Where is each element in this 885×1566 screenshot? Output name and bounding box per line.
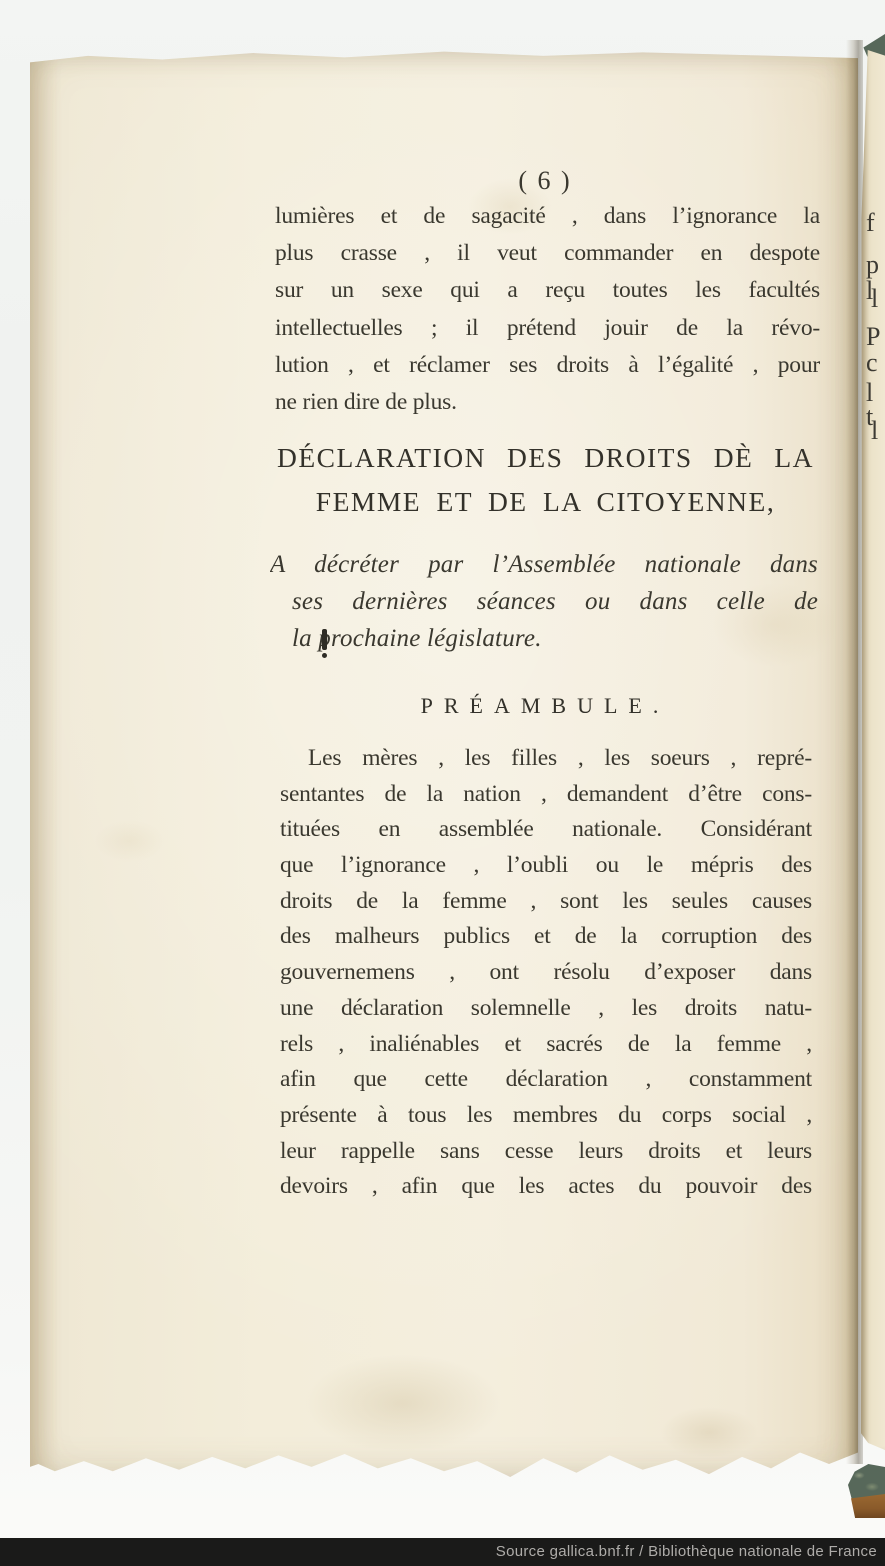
edge-letter: l: [871, 284, 878, 314]
text-line: des malheurs publics et de la corruption…: [280, 923, 812, 959]
heading-line-1: DÉCLARATION DES DROITS DÈ LA: [277, 442, 814, 486]
text-line: plus crasse , il veut commander en despo…: [275, 240, 820, 277]
text-line: leur rappelle sans cesse leurs droits et…: [280, 1138, 812, 1174]
decree-line: ses dernières séances ou dans celle de: [270, 588, 818, 625]
decree-line: A décréter par l’Assemblée nationale dan…: [270, 551, 818, 588]
text-line: devoirs , afin que les actes du pouvoir …: [280, 1173, 812, 1209]
edge-letter: l: [871, 416, 878, 446]
scan-backdrop: ( 6 ) lumières et de sagacité , dans l’i…: [0, 0, 885, 1566]
decree-line: la prochaine législature.: [270, 625, 818, 662]
edge-letter: c: [866, 348, 878, 378]
book-page: ( 6 ) lumières et de sagacité , dans l’i…: [30, 48, 858, 1490]
text-line: lution , et réclamer ses droits à l’égal…: [275, 352, 820, 389]
source-attribution: Source gallica.bnf.fr / Bibliothèque nat…: [496, 1543, 877, 1560]
decree-note: A décréter par l’Assemblée nationale dan…: [270, 551, 818, 662]
text-line: afin que cette déclaration , constamment: [280, 1066, 812, 1102]
text-line: droits de la femme , sont les seules cau…: [280, 888, 812, 924]
text-line: rels , inaliénables et sacrés de la femm…: [280, 1031, 812, 1067]
text-line: lumières et de sagacité , dans l’ignoran…: [275, 203, 820, 240]
text-line: intellectuelles ; il prétend jouir de la…: [275, 315, 820, 352]
gallica-footer-bar: Source gallica.bnf.fr / Bibliothèque nat…: [0, 1538, 885, 1566]
declaration-heading: DÉCLARATION DES DROITS DÈ LA FEMME ET DE…: [277, 442, 814, 518]
ink-mark: [322, 629, 327, 650]
text-line: tituées en assemblée nationale. Considér…: [280, 816, 812, 852]
text-line: une déclaration solemnelle , les droits …: [280, 995, 812, 1031]
opening-paragraph: lumières et de sagacité , dans l’ignoran…: [275, 203, 820, 426]
text-line: sur un sexe qui a reçu toutes les facult…: [275, 277, 820, 314]
next-page-edge: f p l l P c l t l: [861, 50, 885, 1450]
preamble-paragraph: Les mères , les filles , les soeurs , re…: [280, 745, 812, 1209]
text-line: Les mères , les filles , les soeurs , re…: [280, 745, 812, 781]
edge-letter: f: [866, 208, 875, 238]
text-line: ne rien dire de plus.: [275, 389, 820, 426]
page-number: ( 6 ): [280, 166, 810, 196]
text-line: présente à tous les membres du corps soc…: [280, 1102, 812, 1138]
page-gutter-shadow: [846, 40, 863, 1464]
heading-line-2: FEMME ET DE LA CITOYENNE,: [277, 486, 814, 518]
text-line: sentantes de la nation , demandent d’êtr…: [280, 781, 812, 817]
text-line: gouvernemens , ont résolu d’exposer dans: [280, 959, 812, 995]
text-line: que l’ignorance , l’oubli ou le mépris d…: [280, 852, 812, 888]
preamble-title: PRÉAMBULE.: [280, 693, 810, 719]
